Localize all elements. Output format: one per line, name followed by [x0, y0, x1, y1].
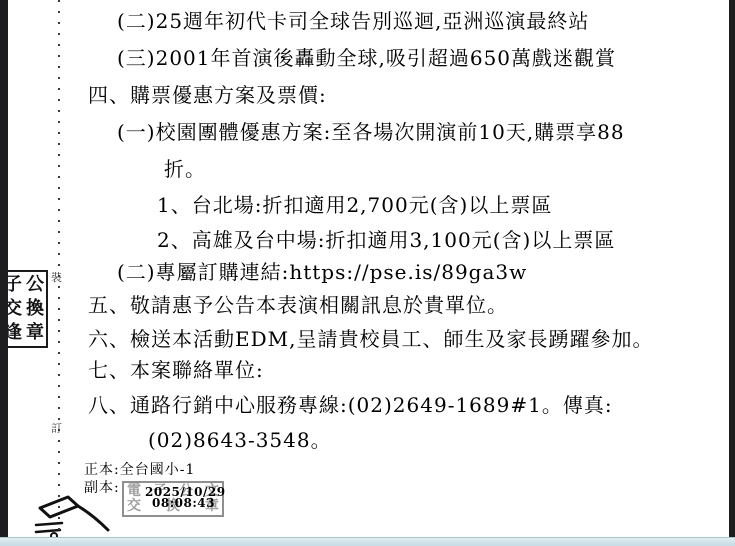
doc-line: 七、本案聯絡單位:: [88, 357, 264, 383]
electronic-exchange-stamp: 電 子 公 文 交 換 章 2025/10/29 08:08:43: [122, 481, 224, 517]
recipient-original: 正本:全台國小-1: [84, 462, 195, 479]
stamp-char: 換: [26, 297, 44, 321]
doc-line: (三)2001年首演後轟動全球,吸引超過650萬戲迷觀賞: [117, 45, 616, 71]
left-dark-edge: [0, 0, 8, 546]
doc-line: 1、台北場:折扣適用2,700元(含)以上票區: [157, 192, 552, 218]
doc-line: (二)25週年初代卡司全球告別巡迴,亞洲巡演最終站: [117, 8, 589, 34]
doc-line: 四、購票優惠方案及票價:: [88, 82, 327, 108]
stamp-char: 交: [127, 499, 141, 514]
horizontal-scrollbar[interactable]: [0, 537, 735, 546]
stamp-char: 章: [26, 321, 44, 345]
doc-line: 六、檢送本活動EDM,呈請貴校員工、師生及家長踴躍參加。: [88, 326, 653, 352]
doc-line: 八、通路行銷中心服務專線:(02)2649-1689#1。傳真:: [88, 392, 613, 418]
stamp-char: 電: [127, 484, 141, 499]
doc-line: 2、高雄及台中場:折扣適用3,100元(含)以上票區: [157, 227, 615, 253]
binding-margin-dashed-line: [58, 0, 60, 537]
doc-line: (02)8643-3548。: [148, 427, 332, 453]
left-stamp-right-column: 公 換 章: [24, 273, 46, 345]
doc-line: (二)專屬訂購連結:https://pse.is/89ga3w: [117, 259, 527, 285]
document-viewer-page: 裝 訂 (二)25週年初代卡司全球告別巡迴,亞洲巡演最終站 (三)2001年首演…: [0, 0, 735, 546]
signature-stamp-fragment: [28, 492, 118, 540]
stamp-char: 公: [26, 273, 44, 297]
doc-line: 五、敬請惠予公告本表演相關訊息於貴單位。: [88, 292, 508, 318]
exchange-stamp-time: 08:08:43: [152, 497, 215, 509]
binding-label-ding: 訂: [51, 423, 62, 435]
right-dark-edge: [729, 0, 735, 546]
doc-line: (一)校園團體優惠方案:至各場次開演前10天,購票享88: [117, 119, 625, 145]
doc-line: 折。: [164, 156, 206, 182]
binding-label-zhuang: 裝: [51, 272, 62, 284]
